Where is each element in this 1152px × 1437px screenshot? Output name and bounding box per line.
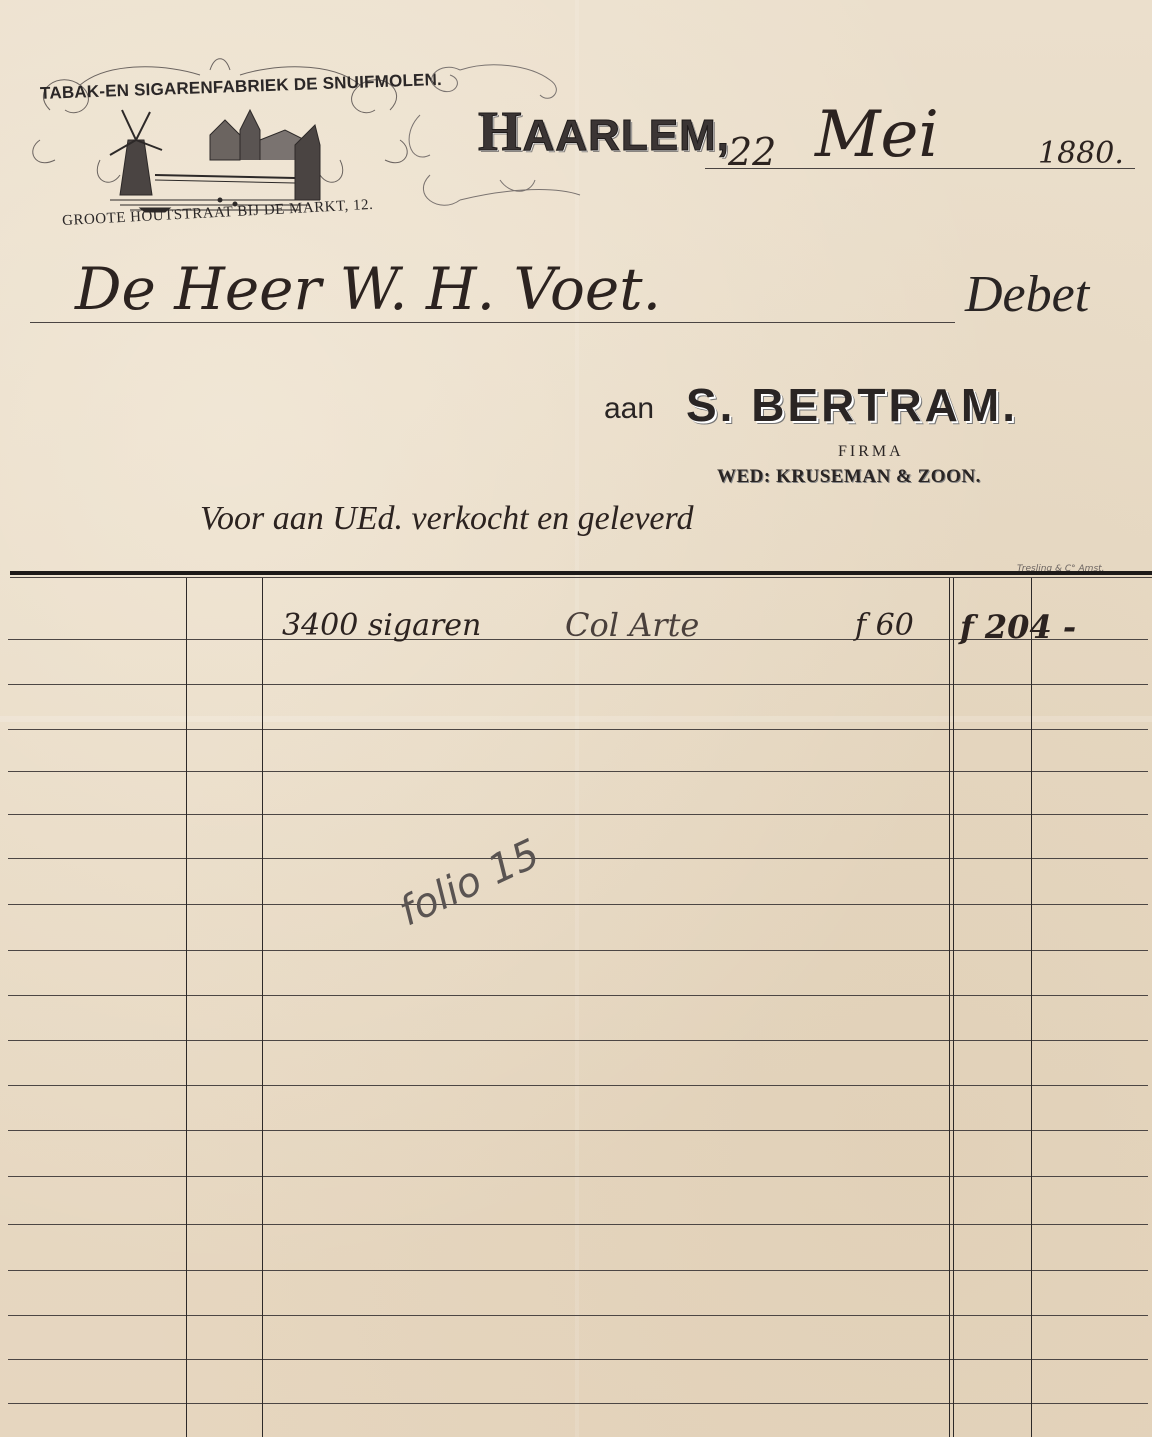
ledger-row-line bbox=[8, 950, 1148, 951]
ledger-top-rule-thin bbox=[10, 577, 1152, 578]
city-initial: H bbox=[478, 101, 523, 163]
ledger-row-line bbox=[8, 1085, 1148, 1086]
ledger-row-line bbox=[8, 684, 1148, 685]
firm-name: WED: KRUSEMAN & ZOON. bbox=[717, 466, 981, 488]
debet-label: Debet bbox=[965, 265, 1089, 324]
dateline-city: HAARLEM, bbox=[478, 100, 730, 164]
ledger-row-line bbox=[8, 771, 1148, 772]
firma-label: FIRMA bbox=[838, 443, 904, 461]
ledger-col-line bbox=[186, 578, 187, 1437]
ledger-row-line bbox=[8, 1130, 1148, 1131]
ledger-row-line bbox=[8, 814, 1148, 815]
row-description: 3400 sigaren bbox=[282, 608, 481, 643]
seller-prefix: aan bbox=[604, 392, 654, 426]
ledger-row-line bbox=[8, 1403, 1148, 1404]
ledger-row-line bbox=[8, 729, 1148, 730]
ledger-col-line bbox=[953, 578, 954, 1437]
row-brand: Col Arte bbox=[565, 606, 699, 644]
city-rest: AARLEM, bbox=[523, 111, 730, 160]
date-month: Mei bbox=[815, 98, 939, 172]
row-amount: f 204 - bbox=[960, 608, 1076, 646]
date-year: 1880. bbox=[1038, 136, 1124, 171]
ledger-row-line bbox=[8, 1359, 1148, 1360]
ledger-row-line bbox=[8, 1315, 1148, 1316]
ledger-col-line bbox=[949, 578, 950, 1437]
ledger-row-line bbox=[8, 858, 1148, 859]
ledger-row-line bbox=[8, 1270, 1148, 1271]
ledger-col-line bbox=[1031, 578, 1032, 1437]
ledger-row-line bbox=[8, 1176, 1148, 1177]
ledger-row-line bbox=[8, 1224, 1148, 1225]
date-day: 22 bbox=[728, 130, 776, 174]
addressee-name: De Heer W. H. Voet. bbox=[75, 255, 661, 323]
row-price: f 60 bbox=[855, 608, 914, 643]
seller-name: S. BERTRAM. bbox=[686, 378, 1018, 432]
ledger-top-rule bbox=[10, 571, 1152, 575]
ledger-row-line bbox=[8, 995, 1148, 996]
ledger-row-line bbox=[8, 1040, 1148, 1041]
intro-line: Voor aan UEd. verkocht en geleverd bbox=[200, 500, 693, 538]
fold-crease-horizontal bbox=[0, 716, 1152, 722]
ledger-col-line bbox=[262, 578, 263, 1437]
ledger-row-line bbox=[8, 904, 1148, 905]
